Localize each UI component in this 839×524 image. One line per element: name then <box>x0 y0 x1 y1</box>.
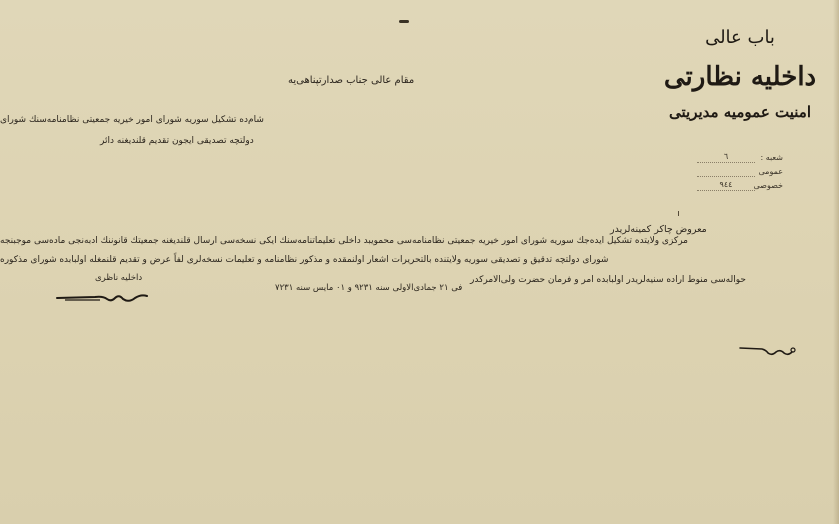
subject-line-2: دولتچه تصدیقی ایجون تقدیم قلندیغنه دائر <box>100 136 254 146</box>
marginal-annotation-icon <box>738 344 798 358</box>
field-value: ٩٤٤ <box>697 180 755 191</box>
field-value <box>697 166 755 177</box>
field-label: شعبه : <box>755 153 783 162</box>
field-value: ٦ <box>697 152 755 163</box>
top-ink-mark <box>399 20 409 23</box>
field-label: عمومی <box>755 167 783 176</box>
body-line-3: حواله‌سی منوط اراده سنیه‌لریدر اولبابده … <box>470 275 746 285</box>
salutation: معروض چاکر کمینه‌لریدر <box>610 224 707 235</box>
ink-tick-mark <box>678 211 679 216</box>
reference-fields: شعبه : ٦ عمومی خصوصی ٩٤٤ <box>693 150 783 192</box>
signature-title: داخلیه ناظری <box>95 273 142 283</box>
field-umumi: عمومی <box>693 164 783 178</box>
date-line: فی ١٢ جمادی‌الاولی سنه ١٣٢٩ و ١٠ مایس سن… <box>275 283 462 293</box>
paper-edge-shadow <box>833 0 839 524</box>
body-line-1: مرکزی ولایتده تشکیل ایده‌جك سوریه شورای … <box>0 236 688 246</box>
letterhead-dahiliye-nezareti: داخلیه نظارتی <box>660 60 820 94</box>
field-label: خصوصی <box>755 181 783 190</box>
addressee-line: مقام عالی جناب صدارتپناهی‌یه <box>288 75 414 86</box>
letterhead-bab-i-ali: باب عالی <box>660 28 820 48</box>
letterhead: باب عالی داخلیه نظارتی امنیت عمومیه مدیر… <box>660 28 820 122</box>
field-hususi: خصوصی ٩٤٤ <box>693 178 783 192</box>
letterhead-emniyet-mudiriyeti: امنیت عمومیه مدیریتی <box>660 102 820 122</box>
field-shube: شعبه : ٦ <box>693 150 783 164</box>
body-line-2: شورای دولتچه تدقیق و تصدیقی سوریه ولایتن… <box>0 255 608 265</box>
scanned-document: باب عالی داخلیه نظارتی امنیت عمومیه مدیر… <box>0 0 839 524</box>
signature-flourish-icon <box>55 290 150 306</box>
subject-line-1: شام‌ده تشکیل سوریه شورای امور خیریه جمعی… <box>0 115 264 125</box>
